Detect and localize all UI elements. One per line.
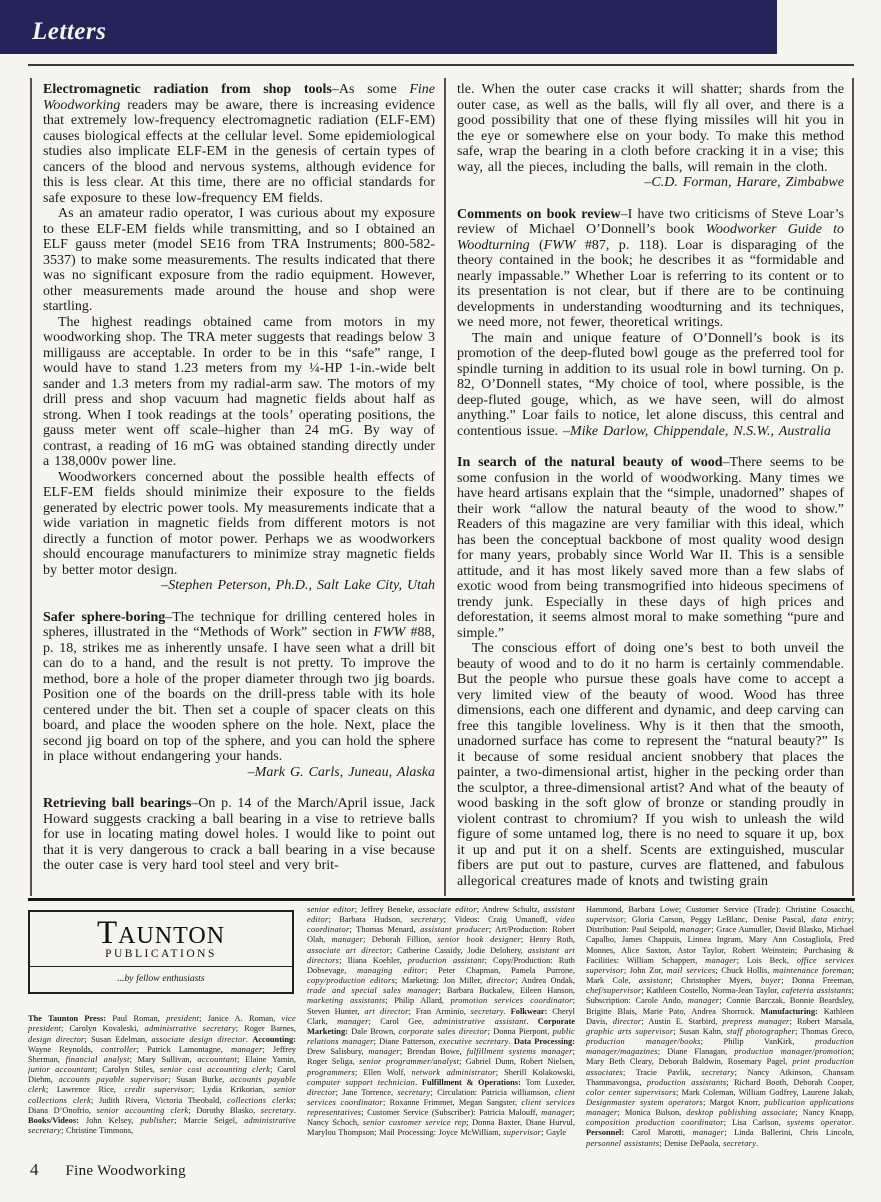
text-run: ; Lawrence Rice, xyxy=(46,1085,124,1094)
bold-text: Safer sphere-boring xyxy=(43,610,165,625)
italic-text: computer support technician xyxy=(307,1078,415,1087)
italic-text: cafeteria assistants xyxy=(782,986,852,995)
italic-text: senior book designer xyxy=(437,935,521,944)
text-run: ; Denise DePaola, xyxy=(659,1139,723,1148)
italic-text: associate art director xyxy=(307,946,390,955)
text-run: ; Deborah Fillion, xyxy=(363,935,437,944)
italic-text: programmers xyxy=(307,1068,355,1077)
text-run: ; Customer Service (Subscriber): Patrici… xyxy=(361,1108,541,1117)
italic-text: production assistant xyxy=(408,956,485,965)
text-run: ; Nancy Knapp, xyxy=(795,1108,854,1117)
italic-text: director xyxy=(307,1088,336,1097)
letter-paragraph: The highest readings obtained came from … xyxy=(43,315,435,470)
italic-text: prepress manager xyxy=(722,1017,789,1026)
text-run: ; Marcie Seigel, xyxy=(174,1116,244,1125)
masthead-column-c: Hammond, Barbara Lowe; Customer Service … xyxy=(586,905,854,1155)
italic-text: supervisor xyxy=(503,1128,541,1137)
text-run: ; Carolyn Stiles, xyxy=(95,1065,160,1074)
italic-text: –C.D. Forman, Harare, Zimbabwe xyxy=(644,175,844,190)
letter-paragraph: Electromagnetic radiation from shop tool… xyxy=(43,82,435,206)
text-run: ; Lydia Krikorian, xyxy=(192,1085,274,1094)
page-footer: 4 Fine Woodworking xyxy=(30,1160,186,1180)
text-run: ; Susan Edelman, xyxy=(85,1035,152,1044)
column-border-left xyxy=(30,78,32,896)
italic-text: senior customer service rep xyxy=(363,1118,467,1127)
text-run: ; Diane Flanagan, xyxy=(658,1047,735,1056)
text-run: . xyxy=(415,1078,422,1087)
text-run: The main and unique feature of O’Donnell… xyxy=(457,331,844,439)
taunton-publications-logo: TAUNTON PUBLICATIONS ...by fellow enthus… xyxy=(28,910,294,994)
text-run: ; Christopher Myers, xyxy=(670,976,760,985)
italic-text: graphic arts supervisor xyxy=(586,1027,673,1036)
italic-text: staff photographer xyxy=(727,1027,796,1036)
italic-text: publisher xyxy=(140,1116,174,1125)
text-run: The highest readings obtained came from … xyxy=(43,315,435,470)
text-run: ; Roger Barnes, xyxy=(236,1024,296,1033)
bold-text: The Taunton Press: xyxy=(28,1014,112,1023)
italic-text: assistant xyxy=(639,976,671,985)
letters-column-1: Electromagnetic radiation from shop tool… xyxy=(43,82,435,896)
italic-text: design director xyxy=(28,1035,85,1044)
text-run: ; Andrea Ondak, xyxy=(515,976,575,985)
italic-text: credit supervisor xyxy=(124,1085,191,1094)
bold-text: Personnel: xyxy=(586,1128,632,1137)
text-run: ; Margot Knorr, xyxy=(703,1098,764,1107)
letters-section: Electromagnetic radiation from shop tool… xyxy=(0,78,881,900)
masthead-column-a: TAUNTON PUBLICATIONS ...by fellow enthus… xyxy=(28,905,296,1155)
italic-text: production manager/books xyxy=(586,1037,701,1046)
bold-text: Electromagnetic radiation from shop tool… xyxy=(43,82,332,97)
italic-text: director xyxy=(613,1017,642,1026)
italic-text: secretary xyxy=(411,915,444,924)
text-run: ; Donna Pierpont, xyxy=(488,1027,553,1036)
letter-paragraph: The main and unique feature of O’Donnell… xyxy=(457,331,844,440)
text-run: . xyxy=(526,1017,537,1026)
bold-text: Folkwear: xyxy=(511,1007,553,1016)
italic-text: controller xyxy=(101,1045,137,1054)
italic-text: manager xyxy=(705,956,737,965)
text-run: As an amateur radio operator, I was curi… xyxy=(43,206,435,314)
masthead-column-b: senior editor; Jeffrey Beneke, associate… xyxy=(307,905,575,1155)
text-run: ; Tracie Pavlik, xyxy=(623,1068,702,1077)
text-run: ; Fran Arminio, xyxy=(409,1007,471,1016)
bold-text: Fulfillment & Operations: xyxy=(422,1078,526,1087)
italic-text: production assistants xyxy=(647,1078,727,1087)
text-run: Dale Brown, xyxy=(351,1027,398,1036)
text-run: ; Susan Kahn, xyxy=(673,1027,726,1036)
italic-text: accounts payable supervisor xyxy=(59,1075,169,1084)
bold-text: Data Processing: xyxy=(514,1037,575,1046)
letter-paragraph: Comments on book review–I have two criti… xyxy=(457,207,844,331)
magazine-title: Fine Woodworking xyxy=(66,1163,186,1180)
italic-text: art director xyxy=(364,1007,408,1016)
column-divider xyxy=(444,78,446,896)
logo-title: TAUNTON xyxy=(30,912,292,948)
italic-text: FWW xyxy=(544,238,576,253)
text-run: ; Peter Chapman, Pamela Purrone, xyxy=(425,966,575,975)
text-run: . xyxy=(756,1139,758,1148)
italic-text: secretary xyxy=(471,1007,504,1016)
italic-text: fulfillment systems manager xyxy=(467,1047,573,1056)
italic-text: director xyxy=(487,976,516,985)
italic-text: manager xyxy=(231,1045,263,1054)
italic-text: senior cost accounting clerk xyxy=(160,1065,270,1074)
text-run: ; Dorothy Blasko, xyxy=(188,1106,260,1115)
italic-text: manager xyxy=(332,935,364,944)
italic-text: supervisor xyxy=(586,915,624,924)
text-run: ; John Zor, xyxy=(624,966,667,975)
text-run: ; Thomas Greco, xyxy=(795,1027,854,1036)
letter-paragraph: In search of the natural beauty of wood–… xyxy=(457,455,844,641)
masthead-rule xyxy=(28,898,855,901)
italic-text: manager xyxy=(680,925,712,934)
text-run: ; Barbara Hudson, xyxy=(329,915,411,924)
letter-signature: –C.D. Forman, Harare, Zimbabwe xyxy=(457,175,844,191)
text-run: ; Linda Ballerini, Chris Lincoln, xyxy=(724,1128,854,1137)
page-number: 4 xyxy=(30,1160,39,1180)
italic-text: junior accountant xyxy=(28,1065,95,1074)
text-run: ; Patrick Lamontagne, xyxy=(137,1045,231,1054)
italic-text: senior programmer/analyst xyxy=(359,1057,459,1066)
text-run: ; Mary Sullivan, xyxy=(130,1055,198,1064)
letter-paragraph: Retrieving ball bearings–On p. 14 of the… xyxy=(43,796,435,874)
italic-text: copy/production editors xyxy=(307,976,395,985)
text-run: ; Donna Freeman, xyxy=(781,976,854,985)
text-run: ; Gloria Carson, Peggy LeBlanc, Denise P… xyxy=(624,915,812,924)
text-run: ; Kathleen Costello, Norma-Jean Taylor, xyxy=(641,986,781,995)
letter-signature: –Stephen Peterson, Ph.D., Salt Lake City… xyxy=(43,578,435,594)
text-run: –As some xyxy=(332,82,409,97)
text-run: ; Diane Patterson, xyxy=(374,1037,439,1046)
text-run: ; Chuck Hollis, xyxy=(715,966,773,975)
italic-text: manager xyxy=(688,996,720,1005)
italic-text: desktop publishing associate xyxy=(686,1108,795,1117)
section-title: Letters xyxy=(32,18,106,46)
letter-paragraph: Safer sphere-boring–The technique for dr… xyxy=(43,610,435,765)
text-run: ; Brendan Bowe, xyxy=(400,1047,467,1056)
text-run: ; Barbara Buckalew, Eileen Hanson, xyxy=(439,986,575,995)
text-run: ; Monica Bulson, xyxy=(618,1108,687,1117)
text-run: Tom Luxeder, xyxy=(525,1078,575,1087)
text-run: ; Philip Allard, xyxy=(385,996,450,1005)
italic-text: assistant producer xyxy=(420,925,489,934)
text-run: ; Christine Timmons, xyxy=(61,1126,133,1135)
text-run: ; Videos: Craig Umanoff, xyxy=(444,915,556,924)
bold-text: Accounting: xyxy=(252,1035,296,1044)
logo-title-rest: AUNTON xyxy=(118,923,225,949)
text-run: Paul Roman, xyxy=(112,1014,166,1023)
letter-paragraph: As an amateur radio operator, I was curi… xyxy=(43,206,435,315)
letters-column-2: tle. When the outer case cracks it will … xyxy=(457,82,844,896)
italic-text: corporate sales director xyxy=(399,1027,488,1036)
italic-text: manager xyxy=(368,1047,400,1056)
italic-text: buyer xyxy=(761,976,781,985)
italic-text: financial analyst xyxy=(66,1055,130,1064)
text-run: ; Robert Marsala, xyxy=(790,1017,854,1026)
text-run: –There seems to be some confusion in the… xyxy=(457,455,844,641)
text-run: ; Janice A. Roman, xyxy=(199,1014,281,1023)
text-run: tle. When the outer case cracks it will … xyxy=(457,82,844,175)
italic-text: mail services xyxy=(667,966,716,975)
letter-paragraph: The conscious effort of doing one’s best… xyxy=(457,641,844,889)
italic-text: chef/supervisor xyxy=(586,986,641,995)
italic-text: production manager/promotion xyxy=(734,1047,851,1056)
masthead: TAUNTON PUBLICATIONS ...by fellow enthus… xyxy=(28,905,855,1155)
text-run: The conscious effort of doing one’s best… xyxy=(457,641,844,889)
italic-text: trade and special sales manager xyxy=(307,986,439,995)
italic-text: –Mike Darlow, Chippendale, N.S.W., Austr… xyxy=(563,424,831,439)
logo-initial: T xyxy=(97,915,118,951)
text-run: ( xyxy=(530,238,544,253)
italic-text: systems operator xyxy=(787,1118,852,1127)
italic-text: data entry xyxy=(811,915,851,924)
italic-text: associate design director xyxy=(151,1035,245,1044)
text-run: ; Philip VanKirk, xyxy=(701,1037,815,1046)
italic-text: senior accounting clerk xyxy=(97,1106,189,1115)
text-run: ; Jeffrey Beneke, xyxy=(355,905,418,914)
bold-text: Retrieving ball bearings xyxy=(43,796,191,811)
text-run: ; Catherine Cassidy, Jodie Delohery, xyxy=(390,946,528,955)
italic-text: administrative assistant xyxy=(433,1017,526,1026)
italic-text: FWW xyxy=(373,625,405,640)
italic-text: administrative secretary xyxy=(145,1024,236,1033)
text-run: ; Andrew Schultz, xyxy=(477,905,544,914)
bold-text: Books/Videos: xyxy=(28,1116,86,1125)
text-run: Wayne Reynolds, xyxy=(28,1045,101,1054)
text-run: ; Elaine Yamin, xyxy=(237,1055,296,1064)
text-run: ; Susan Burke, xyxy=(168,1075,230,1084)
masthead-text-a: The Taunton Press: Paul Roman, president… xyxy=(28,1014,296,1136)
letter-signature: –Mark G. Carls, Juneau, Alaska xyxy=(43,765,435,781)
logo-tagline: ...by fellow enthusiasts xyxy=(30,967,292,992)
italic-text: associate editor xyxy=(418,905,477,914)
text-run: ; Austin E. Starbird, xyxy=(641,1017,722,1026)
italic-text: secretary xyxy=(701,1068,734,1077)
text-run: ; Roxanne Frimmet, Megan Sangster, xyxy=(383,1098,521,1107)
text-run: ; Iliana Koehler, xyxy=(339,956,408,965)
italic-text: secretary xyxy=(723,1139,756,1148)
logo-subtitle: PUBLICATIONS xyxy=(30,948,292,966)
text-run: ; Henry Roth, xyxy=(521,935,575,944)
italic-text: senior editor xyxy=(307,905,355,914)
text-run: ; Thomas Menard, xyxy=(349,925,420,934)
italic-text: managing editor xyxy=(357,966,425,975)
text-run: ; Jane Torrence, xyxy=(336,1088,398,1097)
text-run: ; Lois Beck, xyxy=(737,956,797,965)
italic-text: composition production coordinator xyxy=(586,1118,724,1127)
text-run: ; Lisa Carlson, xyxy=(724,1118,787,1127)
text-run: #88, p. 18, strikes me as inherently uns… xyxy=(43,625,435,764)
italic-text: –Stephen Peterson, Ph.D., Salt Lake City… xyxy=(161,578,435,593)
italic-text: –Mark G. Carls, Juneau, Alaska xyxy=(248,765,435,780)
italic-text: maintenance foreman xyxy=(773,966,852,975)
italic-text: promotion services coordinator xyxy=(451,996,573,1005)
letter-paragraph: tle. When the outer case cracks it will … xyxy=(457,82,844,175)
text-run: ; Carol Gee, xyxy=(369,1017,434,1026)
italic-text: color center supervisors xyxy=(586,1088,676,1097)
text-run: readers may be aware, there is increasin… xyxy=(43,98,435,206)
italic-text: president xyxy=(166,1014,199,1023)
bold-text: Manufacturing: xyxy=(761,1007,824,1016)
text-run: . xyxy=(852,1118,854,1127)
text-run: ; Carolyn Kovaleski, xyxy=(61,1024,144,1033)
text-run: ; Ellen Wolf, xyxy=(355,1068,411,1077)
text-run: ; Gayle xyxy=(541,1128,566,1137)
text-run: ; Gabriel Dunn, Robert Nielsen, xyxy=(459,1057,575,1066)
italic-text: accountant xyxy=(197,1055,237,1064)
italic-text: secretary xyxy=(397,1088,430,1097)
italic-text: executive secretary xyxy=(439,1037,509,1046)
text-run: ; Circulation: Patricia williamson, xyxy=(430,1088,554,1097)
header-rule xyxy=(28,64,854,66)
italic-text: collections clerks xyxy=(227,1096,294,1105)
text-run: ; Marketing: Jon Miller, xyxy=(395,976,487,985)
italic-text: Designmaster system operators xyxy=(586,1098,703,1107)
text-run: ; Sherill Kolakowski, xyxy=(496,1068,575,1077)
text-run: John Kelsey, xyxy=(86,1116,141,1125)
column-border-right xyxy=(852,78,854,896)
italic-text: secretary xyxy=(261,1106,294,1115)
text-run: Hammond, Barbara Lowe; Customer Service … xyxy=(586,905,854,914)
text-run: Carol Marotti, xyxy=(632,1128,693,1137)
bold-text: In search of the natural beauty of wood xyxy=(457,455,722,470)
text-run: . xyxy=(294,1106,296,1115)
italic-text: manager xyxy=(337,1017,369,1026)
italic-text: network administrator xyxy=(412,1068,496,1077)
section-header-banner: Letters xyxy=(0,0,777,54)
text-run: Drew Salisbury, xyxy=(307,1047,368,1056)
text-run: ; Richard Booth, Deborah Cooper, xyxy=(726,1078,854,1087)
italic-text: manager xyxy=(693,1128,725,1137)
text-run: ; Judith Rivera, Victoria Theobald, xyxy=(91,1096,227,1105)
italic-text: personnel assistants xyxy=(586,1139,659,1148)
text-run: Woodworkers concerned about the possible… xyxy=(43,470,435,578)
text-run: . xyxy=(504,1007,511,1016)
text-run: ; Mark Coleman, William Godfrey, Laurene… xyxy=(676,1088,854,1097)
italic-text: manager xyxy=(541,1108,573,1117)
italic-text: marketing assistants xyxy=(307,996,385,1005)
letter-paragraph: Woodworkers concerned about the possible… xyxy=(43,470,435,579)
bold-text: Comments on book review xyxy=(457,207,621,222)
